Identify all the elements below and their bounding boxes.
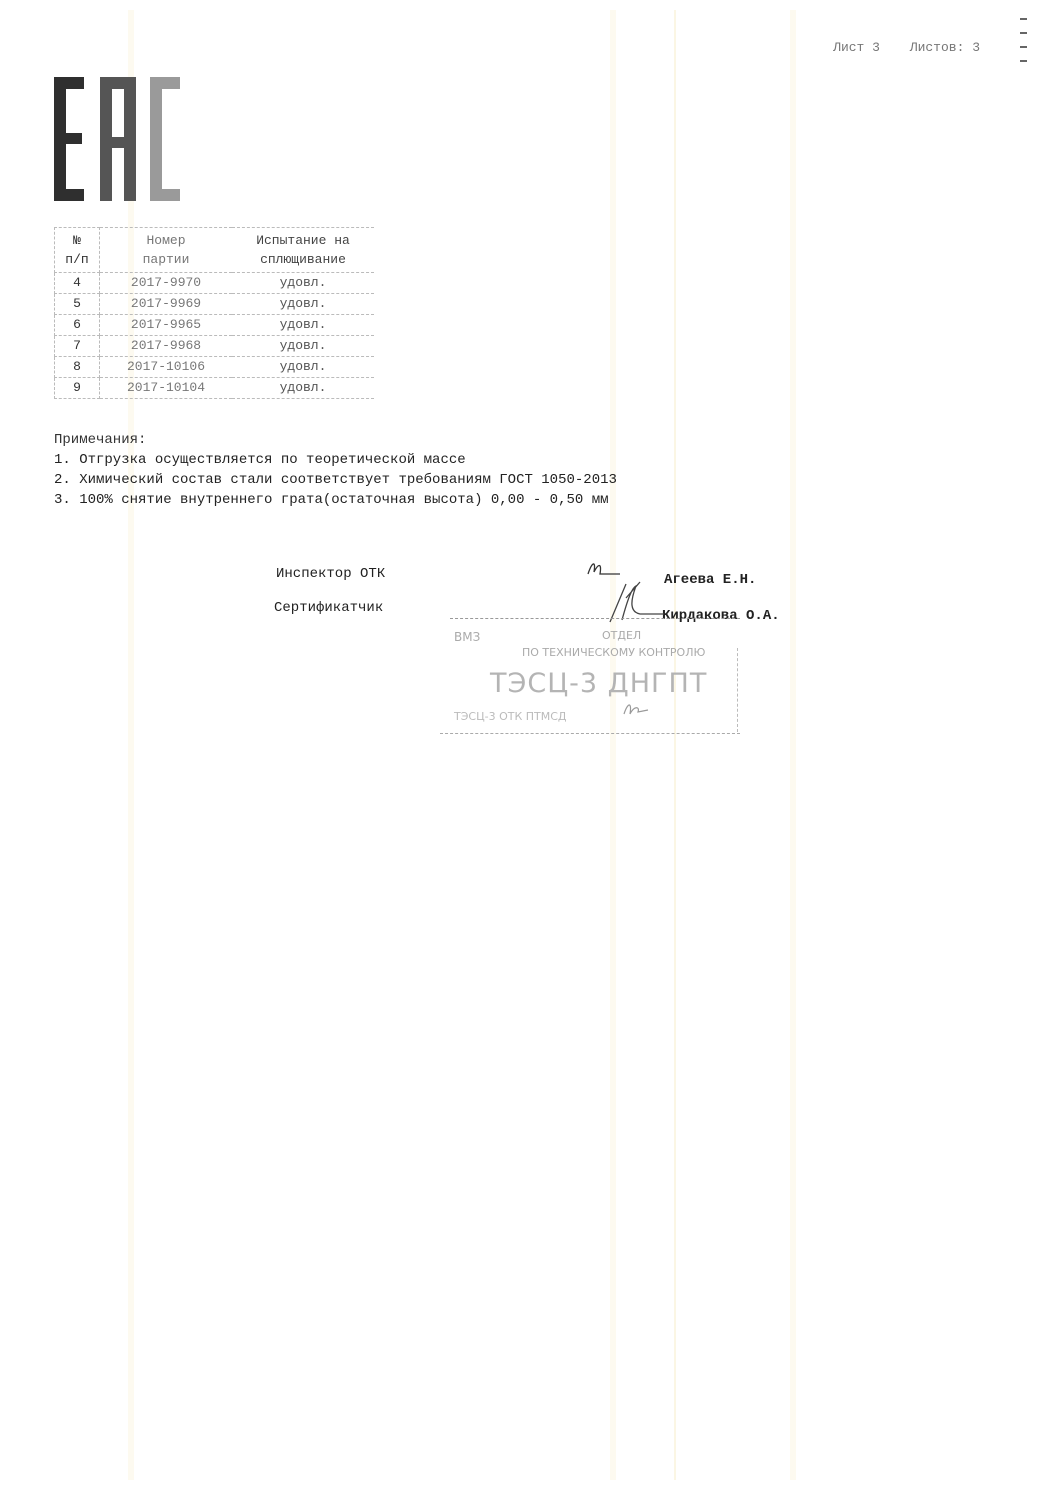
stamp-department: ОТДЕЛ (602, 629, 641, 642)
edge-marks (1020, 18, 1030, 74)
notes-section: Примечания: 1. Отгрузка осуществляется п… (54, 430, 617, 510)
scan-streak (610, 10, 616, 1480)
row-index: 6 (55, 315, 100, 336)
row-index: 8 (55, 357, 100, 378)
row-index: 9 (55, 378, 100, 399)
header-flattening-test: Испытание насплющивание (232, 228, 374, 273)
note-item: 1. Отгрузка осуществляется по теоретичес… (54, 450, 617, 470)
table-row: 5 2017-9969 удовл. (55, 294, 375, 315)
header-batch-number: Номерпартии (100, 228, 233, 273)
eac-letter-e (54, 77, 90, 201)
table-row: 4 2017-9970 удовл. (55, 273, 375, 294)
notes-title: Примечания: (54, 430, 617, 450)
table-row: 8 2017-10106 удовл. (55, 357, 375, 378)
row-batch: 2017-10104 (100, 378, 233, 399)
eac-letter-c (146, 77, 182, 201)
row-index: 4 (55, 273, 100, 294)
sheet-counter: Лист 3 Листов: 3 (833, 40, 980, 55)
sheets-total: Листов: 3 (910, 40, 980, 55)
row-result: удовл. (232, 273, 374, 294)
stamp-subtitle: ПО ТЕХНИЧЕСКОМУ КОНТРОЛЮ (522, 646, 705, 659)
stamp-footer: ТЭСЦ-3 ОТК ПТМСД (454, 710, 567, 723)
row-result: удовл. (232, 378, 374, 399)
sheet-number: Лист 3 (833, 40, 880, 55)
table-header-row: №п/п Номерпартии Испытание насплющивание (55, 228, 375, 273)
stamp-main-text: ТЭСЦ-3 ДНГПТ (490, 668, 707, 699)
stamp-logo: ВМЗ (454, 630, 480, 644)
row-result: удовл. (232, 294, 374, 315)
row-batch: 2017-9968 (100, 336, 233, 357)
table-row: 9 2017-10104 удовл. (55, 378, 375, 399)
row-result: удовл. (232, 315, 374, 336)
eac-letter-a (100, 77, 136, 201)
row-batch: 2017-9965 (100, 315, 233, 336)
row-batch: 2017-9969 (100, 294, 233, 315)
row-index: 7 (55, 336, 100, 357)
scan-streak (790, 10, 796, 1480)
note-item: 3. 100% снятие внутреннего грата(остаточ… (54, 490, 617, 510)
stamp-initials-icon (618, 696, 658, 720)
otk-stamp: ВМЗ ОТДЕЛ ПО ТЕХНИЧЕСКОМУ КОНТРОЛЮ ТЭСЦ-… (440, 618, 740, 738)
row-batch: 2017-9970 (100, 273, 233, 294)
header-index: №п/п (55, 228, 100, 273)
batch-test-table: №п/п Номерпартии Испытание насплющивание… (54, 227, 374, 399)
table-row: 7 2017-9968 удовл. (55, 336, 375, 357)
certifier-role: Сертификатчик (274, 600, 383, 616)
row-index: 5 (55, 294, 100, 315)
inspector-role: Инспектор ОТК (276, 566, 385, 582)
scan-streak (674, 10, 676, 1480)
row-result: удовл. (232, 357, 374, 378)
inspector-name: Агеева Е.Н. (664, 572, 756, 588)
eac-logo (54, 77, 182, 201)
row-result: удовл. (232, 336, 374, 357)
row-batch: 2017-10106 (100, 357, 233, 378)
table-row: 6 2017-9965 удовл. (55, 315, 375, 336)
note-item: 2. Химический состав стали соответствует… (54, 470, 617, 490)
